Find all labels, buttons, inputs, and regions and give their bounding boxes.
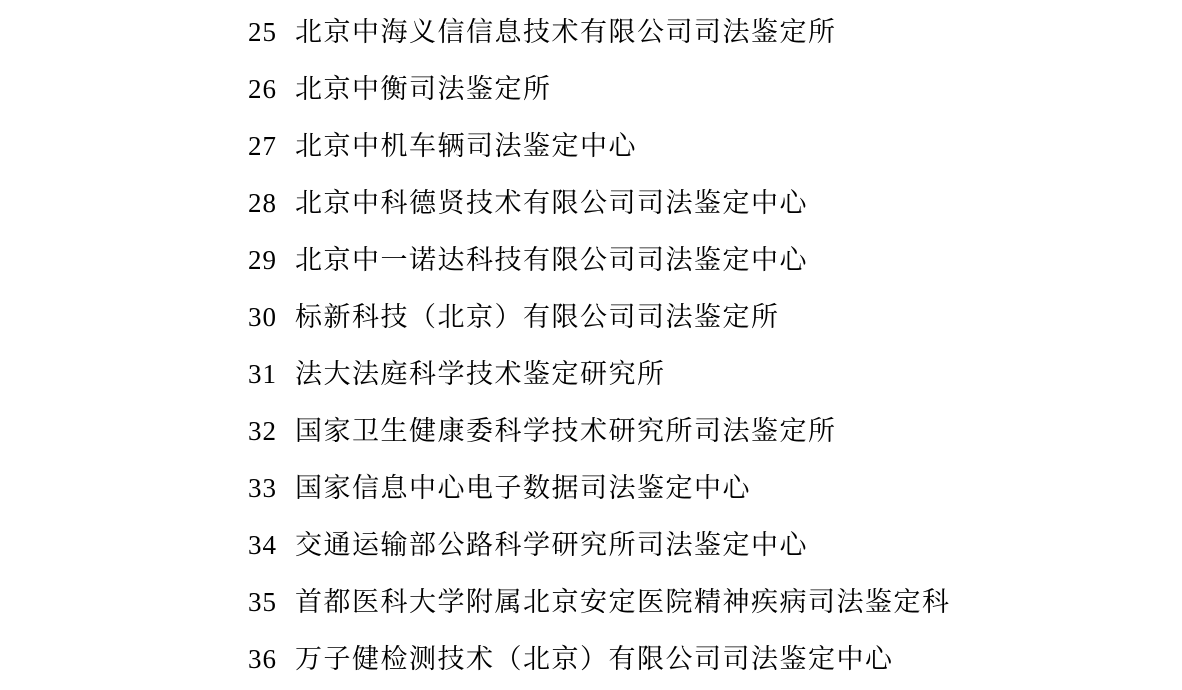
item-name: 北京中海义信信息技术有限公司司法鉴定所 xyxy=(295,19,837,46)
item-number: 30 xyxy=(248,304,295,331)
item-name: 国家信息中心电子数据司法鉴定中心 xyxy=(295,475,751,502)
item-name: 北京中机车辆司法鉴定中心 xyxy=(295,133,637,160)
list-item: 34 交通运输部公路科学研究所司法鉴定中心 xyxy=(248,517,1182,574)
item-number: 25 xyxy=(248,19,295,46)
item-number: 27 xyxy=(248,133,295,160)
item-name: 北京中一诺达科技有限公司司法鉴定中心 xyxy=(295,247,808,274)
item-name: 法大法庭科学技术鉴定研究所 xyxy=(295,361,666,388)
item-number: 35 xyxy=(248,589,295,616)
item-name: 北京中科德贤技术有限公司司法鉴定中心 xyxy=(295,190,808,217)
list-item: 26 北京中衡司法鉴定所 xyxy=(248,61,1182,118)
list-item: 29 北京中一诺达科技有限公司司法鉴定中心 xyxy=(248,232,1182,289)
item-number: 32 xyxy=(248,418,295,445)
item-number: 28 xyxy=(248,190,295,217)
item-number: 33 xyxy=(248,475,295,502)
document-page: 25 北京中海义信信息技术有限公司司法鉴定所 26 北京中衡司法鉴定所 27 北… xyxy=(0,0,1182,690)
list-item: 30 标新科技（北京）有限公司司法鉴定所 xyxy=(248,289,1182,346)
list-item: 28 北京中科德贤技术有限公司司法鉴定中心 xyxy=(248,175,1182,232)
item-name: 北京中衡司法鉴定所 xyxy=(295,76,552,103)
list-item: 31 法大法庭科学技术鉴定研究所 xyxy=(248,346,1182,403)
item-number: 34 xyxy=(248,532,295,559)
list-item: 25 北京中海义信信息技术有限公司司法鉴定所 xyxy=(248,4,1182,61)
list-item: 33 国家信息中心电子数据司法鉴定中心 xyxy=(248,460,1182,517)
item-name: 首都医科大学附属北京安定医院精神疾病司法鉴定科 xyxy=(295,589,951,616)
item-name: 万子健检测技术（北京）有限公司司法鉴定中心 xyxy=(295,646,894,673)
list-item: 35 首都医科大学附属北京安定医院精神疾病司法鉴定科 xyxy=(248,574,1182,631)
institution-list: 25 北京中海义信信息技术有限公司司法鉴定所 26 北京中衡司法鉴定所 27 北… xyxy=(248,4,1182,688)
list-item: 32 国家卫生健康委科学技术研究所司法鉴定所 xyxy=(248,403,1182,460)
item-number: 29 xyxy=(248,247,295,274)
list-item: 36 万子健检测技术（北京）有限公司司法鉴定中心 xyxy=(248,631,1182,688)
item-number: 31 xyxy=(248,361,295,388)
list-item: 27 北京中机车辆司法鉴定中心 xyxy=(248,118,1182,175)
item-number: 36 xyxy=(248,646,295,673)
item-name: 交通运输部公路科学研究所司法鉴定中心 xyxy=(295,532,808,559)
item-name: 标新科技（北京）有限公司司法鉴定所 xyxy=(295,304,780,331)
item-name: 国家卫生健康委科学技术研究所司法鉴定所 xyxy=(295,418,837,445)
item-number: 26 xyxy=(248,76,295,103)
